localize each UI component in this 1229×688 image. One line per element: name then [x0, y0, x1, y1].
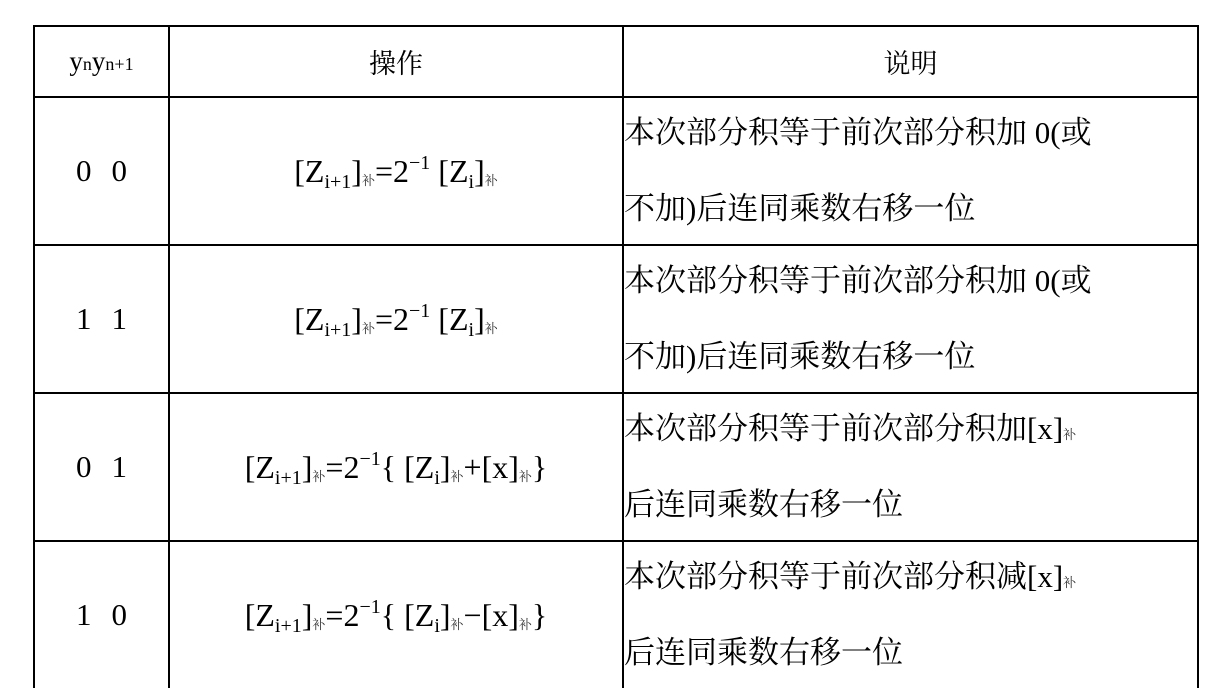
- table-header-row: ynyn+1 操作 说明: [34, 26, 1198, 97]
- operation-cell: [Zi+1]补=2−1{ [Zi]补−[x]补}: [169, 541, 623, 688]
- table-row: 10 [Zi+1]补=2−1{ [Zi]补−[x]补} 本次部分积等于前次部分积…: [34, 541, 1198, 688]
- description-cell: 本次部分积等于前次部分积加 0(或 不加)后连同乘数右移一位: [623, 245, 1198, 393]
- description-cell: 本次部分积等于前次部分积加[x]补 后连同乘数右移一位: [623, 393, 1198, 541]
- bit-yn1: 0: [112, 153, 128, 188]
- header-operation: 操作: [169, 26, 623, 97]
- header-code-label: ynyn+1: [69, 46, 133, 76]
- table-row: 11 [Zi+1]补=2−1 [Zi]补 本次部分积等于前次部分积加 0(或 不…: [34, 245, 1198, 393]
- description-line-2: 不加)后连同乘数右移一位: [624, 174, 1197, 244]
- operation-cell: [Zi+1]补=2−1{ [Zi]补+[x]补}: [169, 393, 623, 541]
- operation-cell: [Zi+1]补=2−1 [Zi]补: [169, 97, 623, 245]
- bit-yn1: 1: [112, 449, 128, 484]
- header-code: ynyn+1: [34, 26, 169, 97]
- description-line-1: 本次部分积等于前次部分积加 0(或: [624, 98, 1197, 174]
- code-cell: 11: [34, 245, 169, 393]
- description-line-1: 本次部分积等于前次部分积减[x]补: [624, 542, 1197, 618]
- table-row: 01 [Zi+1]补=2−1{ [Zi]补+[x]补} 本次部分积等于前次部分积…: [34, 393, 1198, 541]
- bit-yn: 1: [76, 301, 92, 336]
- code-cell: 10: [34, 541, 169, 688]
- table-row: 00 [Zi+1]补=2−1 [Zi]补 本次部分积等于前次部分积加 0(或 不…: [34, 97, 1198, 245]
- bit-yn: 1: [76, 597, 92, 632]
- bit-yn1: 1: [112, 301, 128, 336]
- description-line-2: 不加)后连同乘数右移一位: [624, 322, 1197, 392]
- description-line-2: 后连同乘数右移一位: [624, 470, 1197, 540]
- operation-cell: [Zi+1]补=2−1 [Zi]补: [169, 245, 623, 393]
- bit-yn: 0: [76, 449, 92, 484]
- code-cell: 01: [34, 393, 169, 541]
- description-cell: 本次部分积等于前次部分积加 0(或 不加)后连同乘数右移一位: [623, 97, 1198, 245]
- booth-algorithm-table: ynyn+1 操作 说明 00 [Zi+1]补=2−1 [Zi]补 本次部分积等…: [33, 25, 1199, 688]
- description-line-1: 本次部分积等于前次部分积加 0(或: [624, 246, 1197, 322]
- description-cell: 本次部分积等于前次部分积减[x]补 后连同乘数右移一位: [623, 541, 1198, 688]
- description-line-1: 本次部分积等于前次部分积加[x]补: [624, 394, 1197, 470]
- code-cell: 00: [34, 97, 169, 245]
- description-line-2: 后连同乘数右移一位: [624, 618, 1197, 688]
- bit-yn: 0: [76, 153, 92, 188]
- header-description: 说明: [623, 26, 1198, 97]
- bit-yn1: 0: [112, 597, 128, 632]
